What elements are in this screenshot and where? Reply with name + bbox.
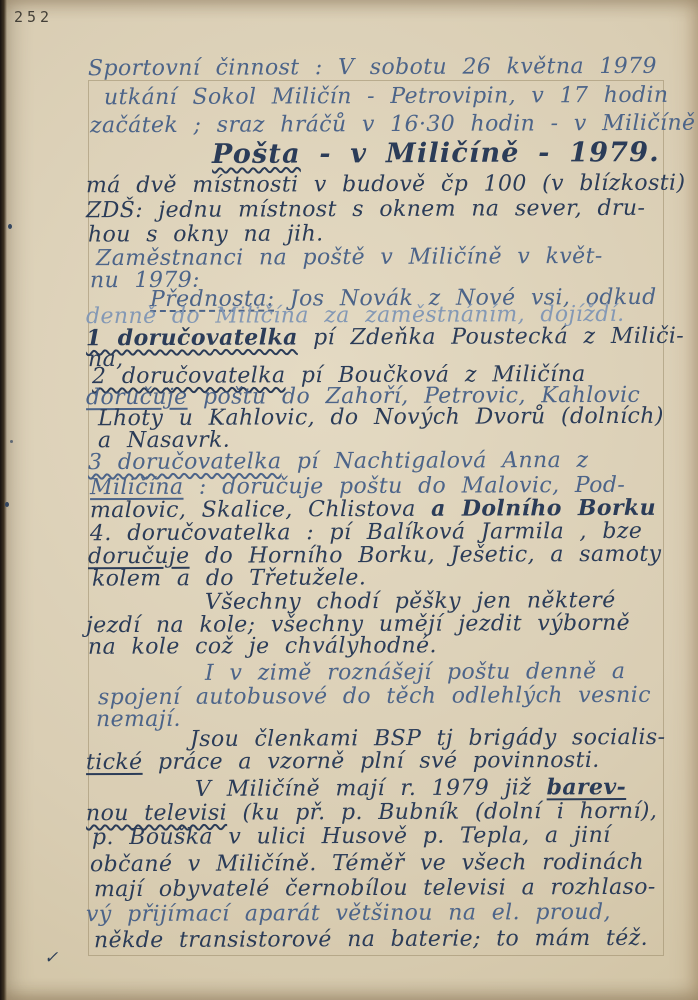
text-segment: má dvě místnosti v budově čp 100 (v blíz… [86, 171, 686, 199]
text-segment: tické [86, 750, 143, 775]
handwritten-line: 3 doručovatelka pí Nachtigalová Anna z [88, 448, 589, 475]
handwritten-line: ZDŠ: jednu místnost s oknem na sever, dr… [86, 196, 645, 223]
text-segment: utkání Sokol Miličín - Petrovipin, v 17 … [104, 83, 669, 110]
page-number: 252 [14, 8, 53, 26]
handwritten-line: utkání Sokol Miličín - Petrovipin, v 17 … [104, 83, 669, 110]
handwritten-line: má dvě místnosti v budově čp 100 (v blíz… [86, 171, 686, 199]
text-segment: p. Bouška v ulici Husově p. Tepla, a jin… [92, 823, 611, 850]
text-segment: Sportovní činnost : V sobotu 26 května 1… [88, 54, 657, 81]
ink-speck [5, 502, 9, 507]
chronicle-page: 252 Sportovní činnost : V sobotu 26 květ… [0, 0, 698, 1000]
handwritten-line: 1 doručovatelka pí Zdeňka Poustecká z Mi… [86, 323, 684, 352]
text-segment: do Horního Borku, Ješetic, a samoty [189, 542, 661, 569]
handwritten-line: p. Bouška v ulici Husově p. Tepla, a jin… [92, 823, 611, 850]
text-segment: 3 doručovatelka [88, 449, 282, 475]
text-segment: občané v Miličíně. Téměř ve všech rodiná… [90, 850, 644, 877]
text-segment: ZDŠ: jednu místnost s oknem na sever, dr… [86, 196, 645, 223]
handwritten-line: spojení autobusové do těch odlehlých ves… [98, 683, 651, 710]
handwritten-line: kolem a do Třetužele. [92, 565, 366, 591]
ink-speck [8, 224, 12, 229]
handwritten-line: někde transistorové na baterie; to mám t… [94, 926, 648, 953]
handwritten-line: na kole což je chvályhodné. [88, 633, 437, 660]
text-segment: - v Miličíně - 1979. [301, 137, 660, 170]
page-binding-edge [0, 0, 7, 1000]
text-segment: mají obyvatelé černobílou televisi a roz… [94, 875, 656, 902]
handwritten-line: mají obyvatelé černobílou televisi a roz… [94, 875, 656, 902]
handwritten-line: občané v Miličíně. Téměř ve všech rodiná… [90, 850, 644, 877]
text-segment: a Dolního Borku [431, 495, 656, 522]
handwritten-line: hou s okny na jih. [88, 221, 324, 247]
handwritten-line: doručuje do Horního Borku, Ješetic, a sa… [88, 542, 662, 570]
text-segment: nemají. [96, 707, 181, 732]
text-segment: práce a vzorně plní své povinnosti. [143, 748, 600, 775]
text-segment: Pošta [212, 139, 301, 170]
ink-speck [10, 440, 13, 443]
handwritten-line: V Miličíně mají r. 1979 již barev- [195, 774, 626, 802]
section-heading: Pošta - v Miličíně - 1979. [212, 137, 660, 170]
text-segment: barev- [547, 774, 627, 800]
text-segment: spojení autobusové do těch odlehlých ves… [98, 683, 651, 710]
handwritten-line: začátek ; sraz hráčů v 16·30 hodin - v M… [90, 111, 696, 139]
handwritten-line: tické práce a vzorně plní své povinnosti… [86, 748, 600, 775]
text-segment: nou televisi [86, 801, 227, 827]
text-segment: pí Zdeňka Poustecká z Miliči- [298, 324, 684, 351]
text-segment: pí Nachtigalová Anna z [281, 448, 588, 474]
text-segment: I v zimě roznášejí poštu denně a [205, 659, 626, 686]
text-segment: na kole což je chvályhodné. [88, 633, 437, 660]
handwritten-line: Sportovní činnost : V sobotu 26 května 1… [88, 54, 657, 81]
handwritten-line: I v zimě roznášejí poštu denně a [205, 659, 626, 686]
text-segment: někde transistorové na baterie; to mám t… [94, 926, 648, 953]
text-segment: (ku př. p. Bubník (dolní i horní), [227, 799, 657, 826]
text-segment: kolem a do Třetužele. [92, 565, 366, 591]
text-segment: hou s okny na jih. [88, 221, 324, 247]
handwritten-line: vý přijímací aparát většinou na el. prou… [86, 900, 611, 927]
text-segment: V Miličíně mají r. 1979 již [195, 775, 547, 802]
handwritten-line: nemají. [96, 707, 181, 732]
text-segment: vý přijímací aparát většinou na el. prou… [86, 900, 611, 927]
text-segment: začátek ; sraz hráčů v 16·30 hodin - v M… [90, 111, 696, 139]
margin-checkmark: ✓ [44, 948, 58, 968]
